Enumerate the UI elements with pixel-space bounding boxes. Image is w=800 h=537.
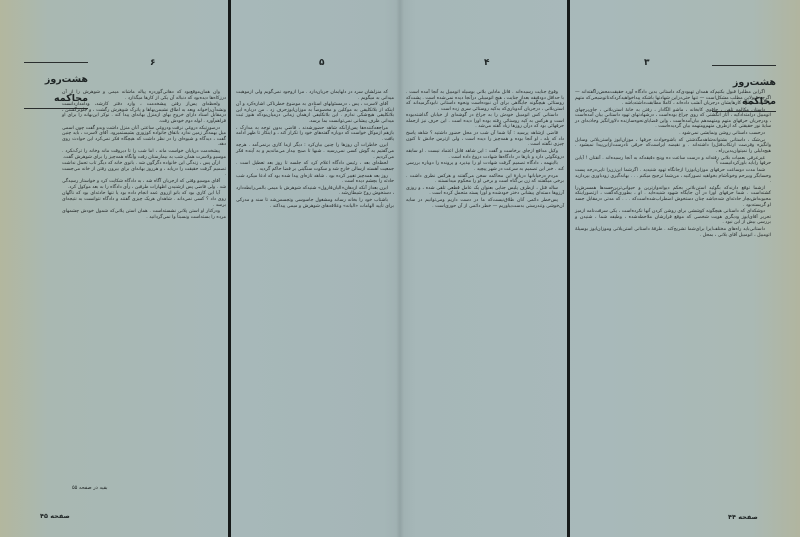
paragraph: لحظه‌ای بعد ، رئیس دادگاه اعلام کرد که ج… [236,161,394,172]
paragraph: قاضی ازشاهد پرسید : آیا شما آن شب در محل… [406,131,564,148]
paragraph: ازشما توقع دارندکه بگوئید استن‌بلانی بحک… [575,186,771,208]
paragraph: ایرن خاطرات آن روزها را چنین بیان‌کرد : … [236,143,394,160]
paragraph: دوشکه‌ای که داستانی هیچگونه کوششی برای ر… [575,209,771,226]
paragraph: داستان مکالمه تلفن ، چاقوی کابخانه ، ماش… [575,108,771,130]
section-number-6: ۶ [150,58,156,68]
column-divider-rule [228,0,231,537]
paragraph: بااینهمه ، دادگاه تصمیم گرفت شهادت او را… [406,161,564,172]
section-number-5: ۵ [319,58,325,68]
section-number-3: ۳ [644,58,650,68]
left-page: هشت‌روز محاکمه ۶ ۵ وان همان‌موقع‌بود که … [0,0,400,537]
page-number-45: صفحه ۴۵ [40,512,70,520]
paragraph: آقای لاسرت ، پس ، درمسئولهای استادی به م… [236,102,394,124]
paragraph: درحسب داستانی روشن ونمایشی نمی‌شود . [575,131,771,137]
continued-note: بقیه در صفحه ۵۵ [72,485,108,491]
paragraph: آقای موسیو وقتی که ازجریان آگاه شد ، به … [62,179,226,190]
paragraph: که منزلشان سرد در دلهایمان جریان‌دارد . … [236,90,394,101]
text-column-section-6: وان همان‌موقع‌بود که دهاتی‌گوردره پیاله … [62,90,226,470]
paragraph: ازآن پس ، زندگی این خانواده دگرگون شد . … [62,161,226,178]
paragraph: روز بعد همه‌چیز تغییر کرده بود . شاهد تا… [236,174,394,185]
paragraph: وکیل مدافع ازجای برخاست و گفت : این شاهد… [406,149,564,160]
paragraph: ساله قتل ، ازطرف پلیس جنایی بعنوان یک عا… [406,186,564,197]
paragraph: داستانی‌باید راه‌های مختلف‌ایرا برای‌شما… [575,227,771,238]
paragraph: آیا این کاری بود که بانو ازروی عمد انجام… [62,191,226,208]
paragraph: پیشخدمت درپایان خواست ماند ، اما شب را ت… [62,149,226,160]
paragraph: پس‌خطر دائمی آنان طلاق‌نیست‌که ما در دست… [406,198,564,209]
page-number-44: صفحه ۴۴ [728,513,758,521]
paragraph: باشتاب خود را بخانه رساند ومشغول جاسوسی … [236,198,394,209]
paragraph: وان همان‌موقع‌بود که دهاتی‌گوردره پیاله … [62,90,226,101]
text-column-section-3: اگراین مطلبرا قبول بکنیم‌که همدان تهیودی… [575,90,771,490]
paragraph: ودرکنار او استن پلانی نشسته‌است . همان ا… [62,209,226,220]
paragraph: درصورتیکه دروغی نرفت ودروغی ساعتی آنان م… [62,126,226,148]
paragraph: بی‌شک ، داستانی بشتوانه‌شاهدمگذشتی که با… [575,138,771,155]
paragraph: غیرعرفی بعمیات بلانی رفته‌اند و درست ساع… [575,156,771,167]
text-column-section-5: که منزلشان سرد در دلهایمان جریان‌دارد . … [236,90,394,490]
paragraph: شما مدت دوساعت حرفهای موزان‌ایوز‌را ازجا… [575,168,771,185]
paragraph: ولحظه‌ای پس‌از رفتن پیشخدمت ، وارد دفتر … [62,102,226,124]
paragraph: اگراین مطلبرا قبول بکنیم‌که همدان تهیودی… [575,90,771,107]
text-column-section-4: وقوع جنایت رسیده‌اند . قاتل مادلین بلانی… [406,90,564,490]
column-divider-rule [567,0,570,537]
paragraph: ایرن بعداز آنکه ازدهان«الیان‌فارول» شنید… [236,186,394,197]
section-number-4: ۴ [484,58,490,68]
paragraph: وقوع جنایت رسیده‌اند . قاتل مادلین بلانی… [406,90,564,112]
right-page: ۴ ۳ وقوع جنایت رسیده‌اند . قاتل مادلین ب… [400,0,800,537]
paragraph: مردم درخیابانها دربارهٔ این محاکمه سخن م… [406,174,564,185]
paragraph: مراجعه‌کننده‌ها پس‌ازآنکه شاهد حضورشدند … [236,126,394,143]
paragraph: داستانی کس اتومبیل خودش را به جراغ در گو… [406,113,564,130]
